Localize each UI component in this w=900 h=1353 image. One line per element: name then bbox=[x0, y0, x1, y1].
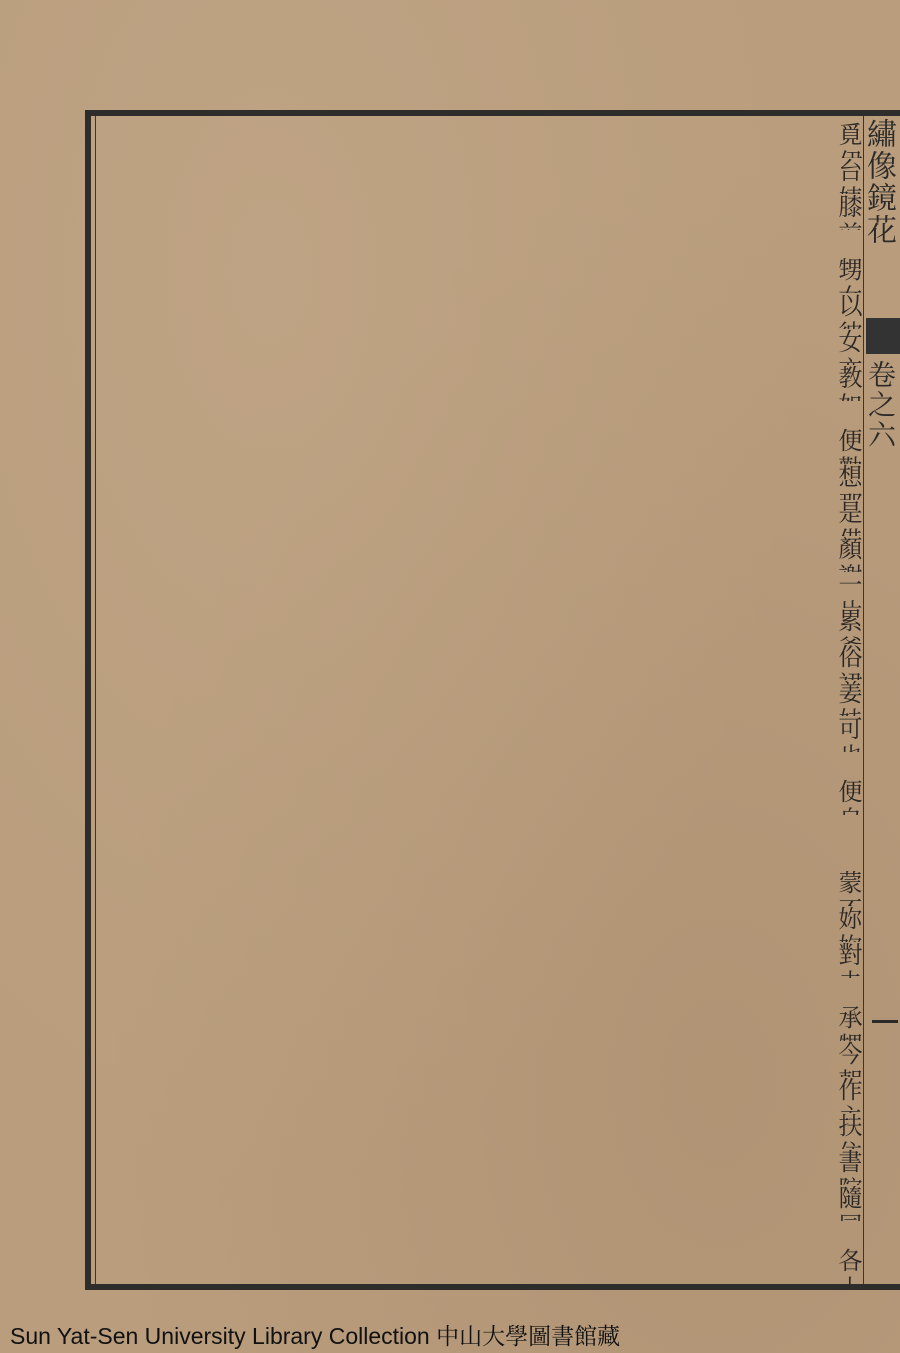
text-column: 承甥女如此美意夫人不必猶豫就此拜認爲女取一個目下歡娛卻也甚好 bbox=[834, 978, 862, 1041]
text-column: 姜妹分明告他願意繼作螟蛉侍膝前媳想此爲誠大妙以他這女兒料必孝椿萱雖然不是親生養還… bbox=[834, 680, 862, 716]
text-column: 今朝得此女螟蛉管比吾兒勝幾分譬若人間爲繼母倘遇着佳兒豈必自家生尚書言乞撚鬚笑太太… bbox=[834, 1041, 862, 1077]
text-column: 教如花愛女上天飛誠可笑怎無悲這個是似我遭逢更有誰說到其間重墮淚謝尚書一聲長嘆略遲… bbox=[834, 365, 862, 401]
text-column: 以彼天倫孝念虧我今原可不傷悲然而養育年時久娘兒們一旦分離終世違叫我如何心不痛更可… bbox=[834, 293, 862, 329]
text-column: 扶住意殷勤玉人立起稱呼改不喚姨娘喚二親謝尚書夫婦見斯悲亦喜便教傳命到書廳相邀公子… bbox=[834, 1113, 862, 1149]
text-column: 累爹娘不自安但看凡華姜表姊致令舅母月愁煎伊還不是生身母若使親生愁更添今日姑娘拋父… bbox=[834, 608, 862, 644]
fish-tail-mark-icon bbox=[866, 318, 900, 354]
text-column: 可也不妨就教拜認在今天佳人說看桃腮笑謝太太當聽殷勤話一篇 bbox=[834, 716, 862, 752]
text-column: 便自拭淚點頭笑道得他這女兒卻好只恐我沒福消受不起郡主道母姨說那裏話來德華向受二位… bbox=[834, 752, 862, 815]
margin-book-title: 繡像鏡花 bbox=[868, 118, 900, 246]
frame-inner-rule bbox=[95, 116, 96, 1284]
text-column: 妳妳成仙含德華自應教力承女職代將他從今拜認稱呼改權當兒本是尊前一女娃郡主當時言此… bbox=[834, 906, 862, 942]
text-column: 對夫人道這卻由來也甚佳 bbox=[834, 942, 862, 978]
text-column: 書院坐憑窗玩雪把詩吟忽覩女婢來傳請告上希奇這段因表弟表兄同駭異春溶便感雁行分聲嘆… bbox=[834, 1149, 862, 1185]
text-column: 覓伊原是借往朱門暫托胎所以天生孤僻性不同世俗衆裙釵輕綺㠯山才故使修真志易武本是仙… bbox=[834, 122, 862, 158]
text-column: 一片總不過長成嫁與別家間有何利益雙親處反添卻多少愁煩與掛牽亦有情乖夫不合或因命薄… bbox=[834, 572, 862, 608]
margin-page-number bbox=[872, 1020, 898, 1023]
main-text-body: 覓伊原是借往朱門暫托胎所以天生孤僻性不同世俗衆裙釵輕綺㠯山才故使修真志易武本是仙… bbox=[102, 122, 862, 1284]
margin-divider-rule bbox=[863, 116, 864, 1284]
margin-volume-label: 卷之六 bbox=[868, 360, 900, 450]
text-column: 台姨娘切勿多悲苦只恐他未必還存掛念懷假使其心憐骨肉倒不得頓教解脫這塵埃伏惟少解悲… bbox=[834, 158, 862, 194]
text-column: 作主便調停紅燭爍㬠香焚指示了鬟婦女們取出紅氈鋪在地於時郡主上前行提翠袖拂湘裙招展… bbox=[834, 1077, 862, 1113]
text-column: 想那親生女雪仙雖教才貌占人先天生一種希奇僻不慕華榮富貴全休道姻緣爲錯悞乃是他仙根… bbox=[834, 464, 862, 500]
text-column: 顏謝公說着悲成笑那一位太太低徊未答言丈氏千金含笑面從容接口勸尊前大人所論誠無謬大… bbox=[834, 536, 862, 572]
text-column: 各上前向尚書夫婦勸慰了一番然後回身和郡主相見兩邊禮畢略叙數言莫連登忙便告退好讓他… bbox=[834, 1221, 862, 1284]
collection-credit: Sun Yat-Sen University Library Collectio… bbox=[10, 1318, 620, 1351]
text-column: 膝前常盡孝克承女職奉慈懷女康一片殷勤勸謝太太方始停悲止了哀挽起女甥稱請坐鸞綃拭淚… bbox=[834, 194, 862, 230]
text-column: 甥女所勸不差想我緊才不孝女若有父母在念倒不驀然而去了 bbox=[834, 230, 862, 293]
text-column: 便勸道咳夫人不用哭了女兒既已看破紅塵超升仙界我等悲之無益也只得看開些罷了 bbox=[834, 401, 862, 464]
text-column: 俗裙釵論實乃人間第一先從此長生欣不老優游世外壽同春真果好實堪歡敢乞慈懷且放寬若嘆… bbox=[834, 644, 862, 680]
text-column: 女亦是花中一亞魁招得乘龍真快婿只說是吾家光彩耀門楣私衷竊慰同平願卻不道忽地旋教事… bbox=[834, 329, 862, 365]
text-column: 隨同步去只因探候二尊親雙雙踏雪來中院侍女廊前報一聲避去文王雙姊妹二人方始入雕楹 bbox=[834, 1185, 862, 1221]
text-column: 蒙不棄拜認尊前敢不與自己爹娘一般孝敬 bbox=[834, 815, 862, 905]
text-column: 是借住吾家二十年一旦既能爲解脫他那裏還將父母掛心田休抱怨莫牽連只好權將置一邊譬比… bbox=[834, 500, 862, 536]
